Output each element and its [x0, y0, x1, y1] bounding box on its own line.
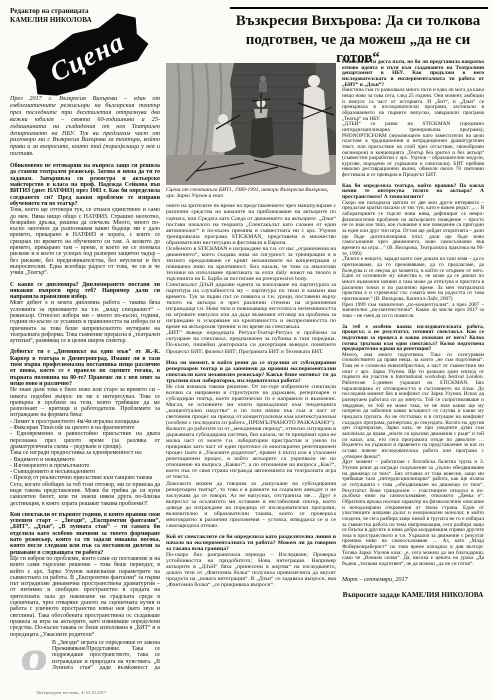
answer-paragraph: очите на зрителите по време на представл… — [166, 203, 336, 245]
left-column-text: През 2017 г. Възкресия Вихърова – един о… — [10, 96, 160, 638]
question-paragraph: Има ли момент, в който реши да се отдели… — [166, 360, 336, 384]
performance-photo — [166, 63, 336, 185]
right-column-text: Разказвала си доста пъти, но би ли предс… — [342, 60, 484, 568]
section-title: Сцена — [45, 26, 129, 88]
photo-caption: Сцена от спектакъла БИТ1, 1989-1991, авт… — [166, 187, 336, 199]
answer-paragraph: „БИТ“ въведе поредицата Ритуал-Театър-Ри… — [166, 330, 336, 354]
background-bust — [259, 76, 267, 92]
answer-paragraph: По-скоро бих разграничила периоди – Изсл… — [166, 552, 336, 588]
page-number: 8 — [16, 644, 47, 670]
answer-paragraph: Моят дебют е и моята дипломна работа – т… — [10, 300, 160, 344]
answer-paragraph: Скоро ми попаднаха цитати от две мои дру… — [342, 201, 484, 258]
page-number-wrap: 8 В „Звезди“ играта се определяше от зак… — [10, 640, 160, 670]
interview-date: Март – септември, 2017 — [342, 577, 484, 583]
right-column: Разказвала си доста пъти, но би ли предс… — [342, 55, 484, 695]
question-paragraph: Как би определила театъра, който правиш?… — [342, 184, 484, 201]
answer-paragraph: Много, ама много подготвена. Така си оси… — [342, 353, 484, 460]
question-paragraph: За теб е особено важна изследователската… — [342, 325, 484, 353]
question-paragraph: Дебютът ти е „Дневникът на един мъж“ от … — [10, 349, 160, 387]
byline: Въпросите зададе КАМЕЛИЯ НИКОЛОВА — [342, 593, 484, 599]
answer-paragraph: Не знам дали това е било ново или старо … — [10, 387, 160, 418]
middle-column-text: очите на зрителите по време на представл… — [166, 203, 336, 588]
answer-paragraph: Сега, когато обобщих за теб този отговор… — [10, 482, 160, 507]
middle-column: Сцена от спектакъла БИТ1, 1989-1991, авт… — [166, 63, 336, 695]
answer-paragraph: „ДЗЪН“ се разви на STICKMAN (предимно ин… — [342, 122, 484, 179]
editor-name: КАМЕЛИЯ НИКОЛОВА — [10, 16, 120, 25]
answer-paragraph: Това, което ще отговоря тук, се отнася е… — [10, 207, 160, 276]
editor-credit: Редактор на страницата КАМЕЛИЯ НИКОЛОВА — [10, 7, 120, 24]
answer-paragraph: Наистина съм го разказвала много пъти и … — [342, 88, 484, 122]
headline-rule — [230, 7, 488, 9]
list-line: - Едновременно и равностойно присъствие … — [10, 431, 160, 450]
question-paragraph: Обикновено не отговаряш на въпроса защо … — [10, 163, 160, 207]
answer-paragraph: „Тялото е нещото, заради което сме дошли… — [342, 257, 484, 302]
newspaper-page: Редактор на страницата КАМЕЛИЯ НИКОЛОВА … — [0, 0, 492, 700]
answer-paragraph: Така се изгради предпоставка за едноврем… — [10, 450, 160, 456]
answer-paragraph: Друг момент – работихме с белгийска бале… — [342, 460, 484, 567]
editor-label: Редактор на страницата — [10, 7, 120, 16]
question-paragraph: Кой от спектаклите си би определила като… — [166, 534, 336, 552]
answer-paragraph: Особеното в STICKMAN е изграждане на т.н… — [166, 246, 336, 282]
answer-paragraph: През 1999 съм значително „по-концептуалн… — [342, 303, 484, 320]
photo-figure: Сцена от спектакъла БИТ1, 1989-1991, авт… — [166, 63, 336, 199]
question-paragraph: Разказвала си доста пъти, но би ли предс… — [342, 60, 484, 88]
left-column: През 2017 г. Възкресия Вихърова – един о… — [10, 96, 160, 670]
question-paragraph: С какво се дипломира? Дипломирането пост… — [10, 282, 160, 301]
answer-paragraph: Спектакълът ДЗъН доразви идеята за изпол… — [166, 282, 336, 330]
answer-paragraph: Колкото до работите си от „междинния пер… — [166, 426, 336, 480]
answer-paragraph: Доколкото можем да говорим за „напускане… — [166, 481, 336, 529]
question-paragraph: Кои спектакли от първите години, в които… — [10, 512, 160, 556]
list-line: - Преход от реалистично присъствие към т… — [10, 475, 160, 481]
answer-paragraph: Ще ги изброя по проблеми, които сами си … — [10, 556, 160, 638]
imprint: Литературен вестник, 4-10.10.2017 — [36, 690, 107, 695]
answer-paragraph: Не съм взимала такова решение. От по-гор… — [166, 384, 336, 426]
intro-paragraph: През 2017 г. Възкресия Вихърова – един о… — [10, 96, 160, 158]
